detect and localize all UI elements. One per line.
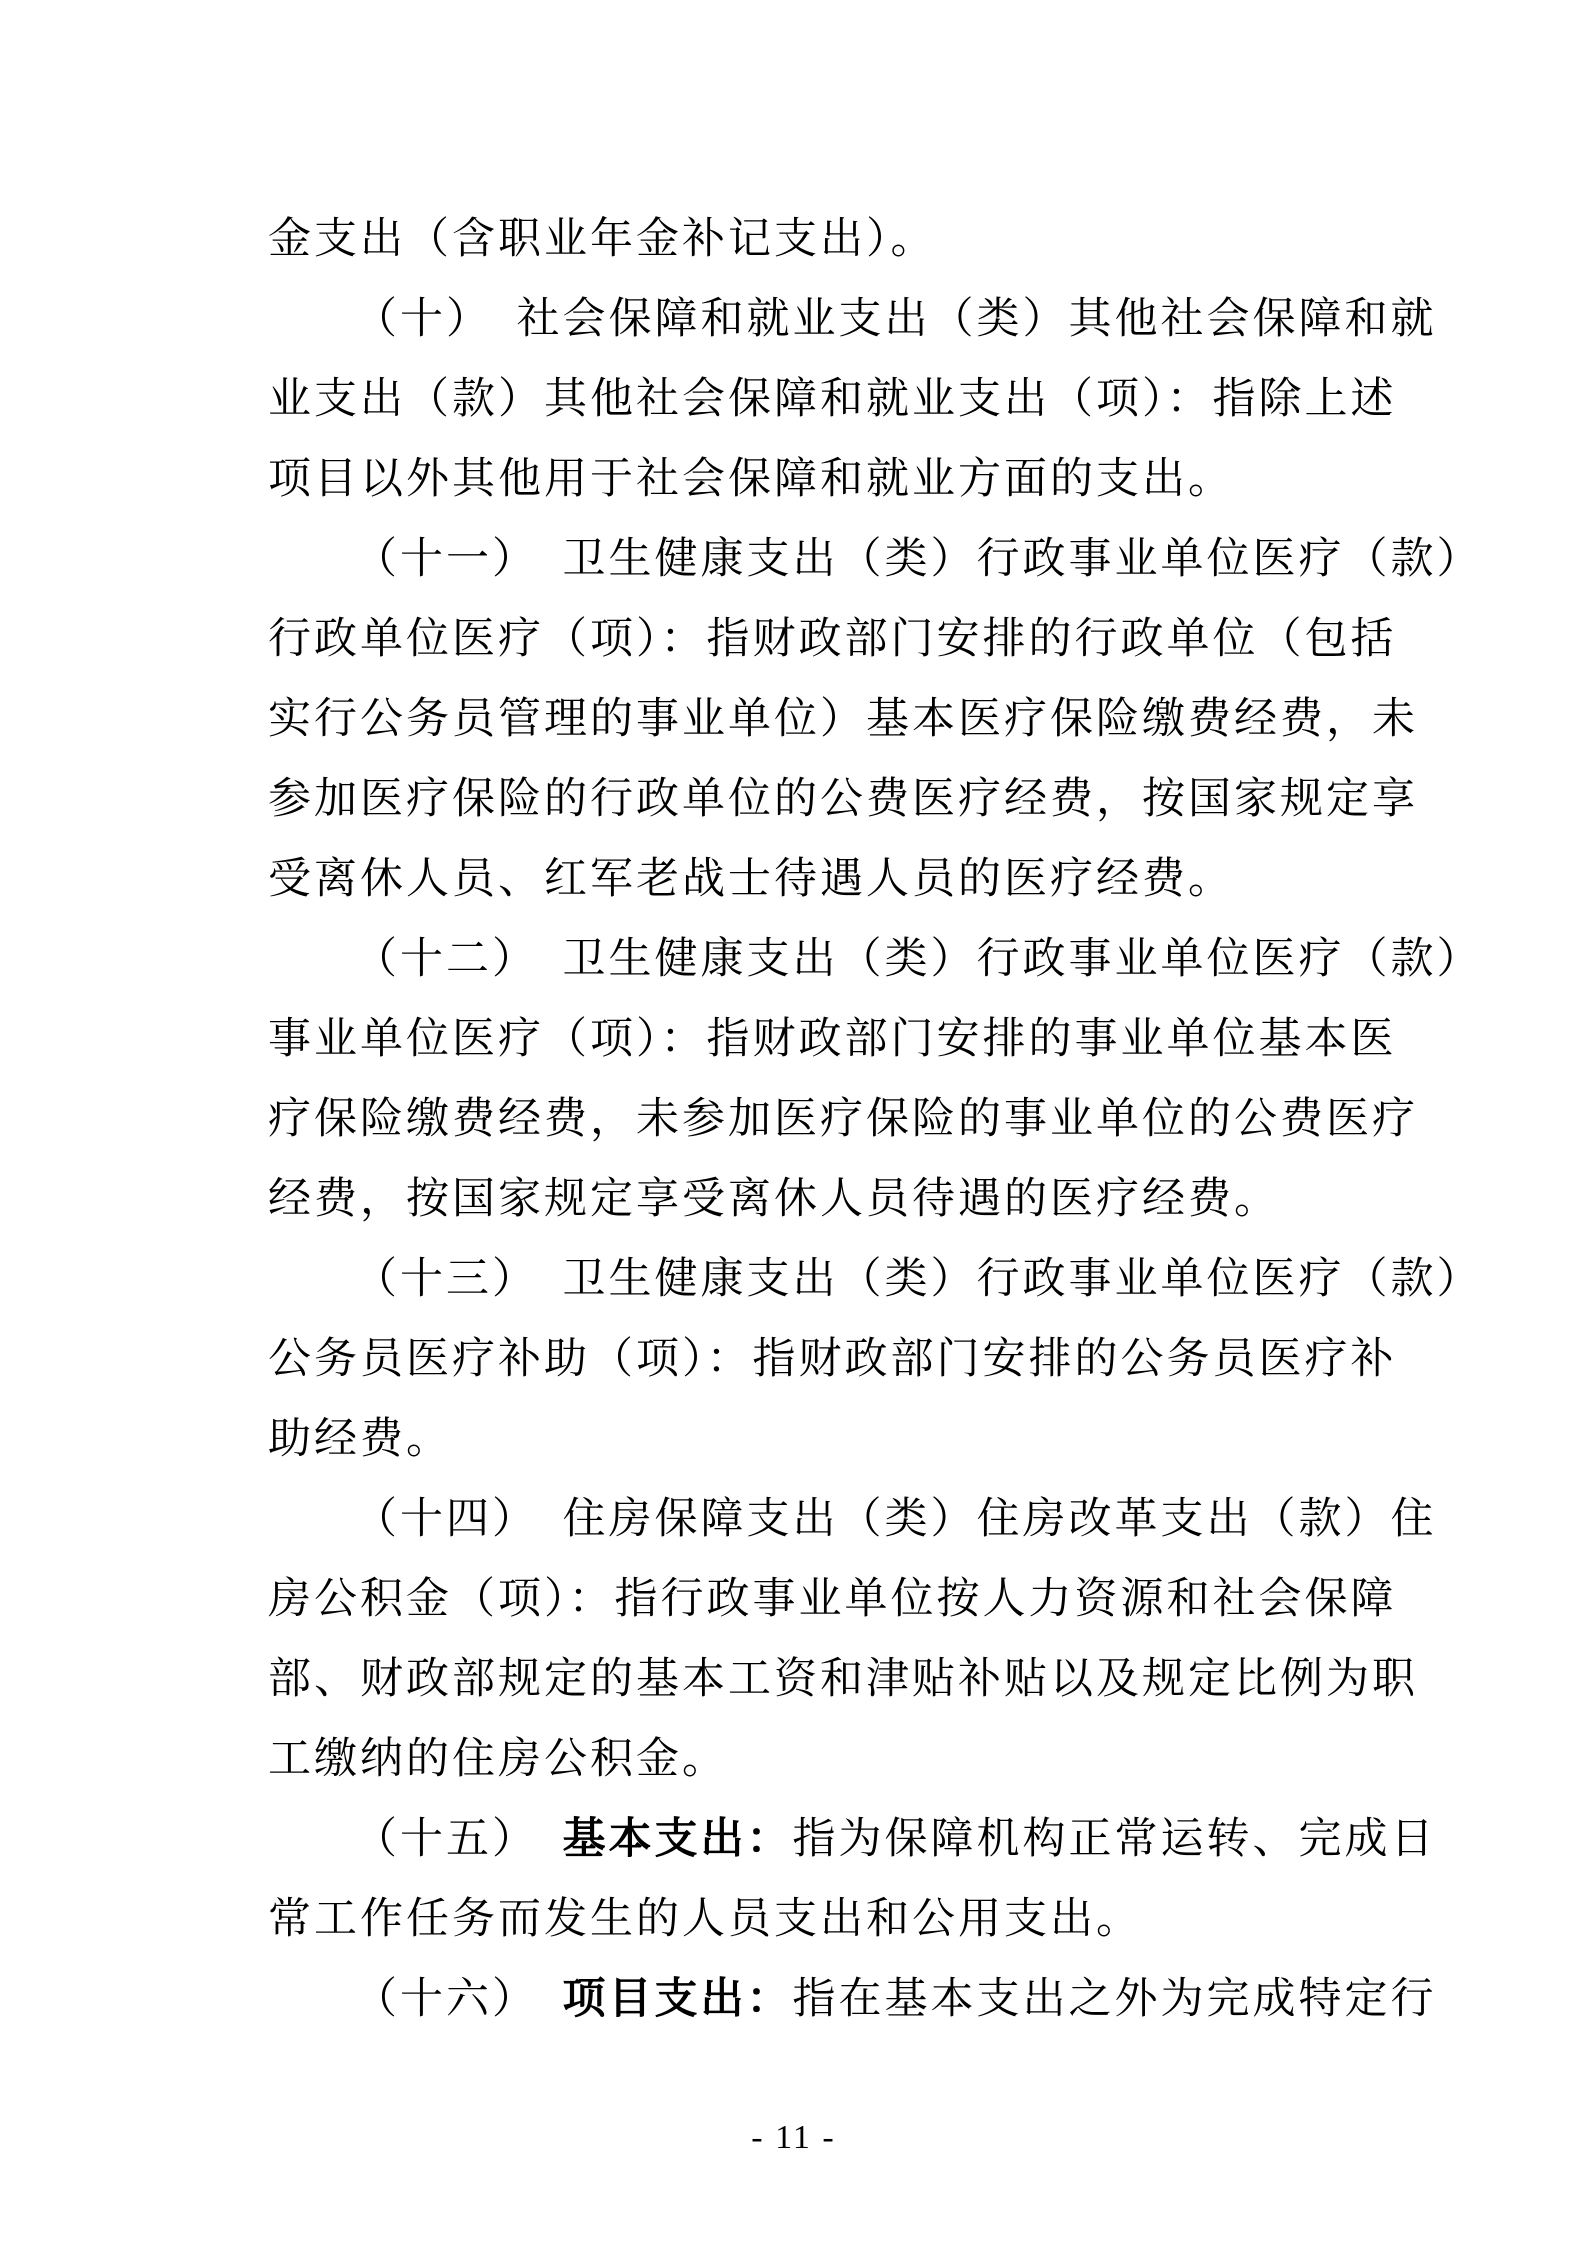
document-lines: 金支出（含职业年金补记支出）。（十） 社会保障和就业支出（类）其他社会保障和就业…: [268, 200, 1330, 2040]
text-segment: 房公积金（项）：指行政事业单位按人力资源和社会保障: [268, 1576, 1397, 1623]
text-segment: 常工作任务而发生的人员支出和公用支出。: [268, 1896, 1142, 1943]
text-segment: （十） 社会保障和就业支出（类）其他社会保障和就: [354, 296, 1437, 343]
text-line: 常工作任务而发生的人员支出和公用支出。: [268, 1880, 1330, 1960]
page-number: - 11 -: [0, 2116, 1587, 2160]
text-line: （十六） 项目支出：指在基本支出之外为完成特定行: [268, 1960, 1330, 2040]
text-line: （十一） 卫生健康支出（类）行政事业单位医疗（款）: [268, 520, 1330, 600]
text-segment: 业支出（款）其他社会保障和就业支出（项）：指除上述: [268, 376, 1397, 423]
text-line: 业支出（款）其他社会保障和就业支出（项）：指除上述: [268, 360, 1330, 440]
text-line: （十五） 基本支出：指为保障机构正常运转、完成日: [268, 1800, 1330, 1880]
text-segment: 项目以外其他用于社会保障和就业方面的支出。: [268, 456, 1234, 503]
text-segment: （十四） 住房保障支出（类）住房改革支出（款）住: [354, 1496, 1437, 1543]
text-segment: （十二） 卫生健康支出（类）行政事业单位医疗（款）: [354, 936, 1483, 983]
text-line: 房公积金（项）：指行政事业单位按人力资源和社会保障: [268, 1560, 1330, 1640]
text-segment: 受离休人员、红军老战士待遇人员的医疗经费。: [268, 856, 1234, 903]
text-line: 经费，按国家规定享受离休人员待遇的医疗经费。: [268, 1160, 1330, 1240]
text-line: 公务员医疗补助（项）：指财政部门安排的公务员医疗补: [268, 1320, 1330, 1400]
text-line: 参加医疗保险的行政单位的公费医疗经费，按国家规定享: [268, 760, 1330, 840]
text-segment: 助经费。: [268, 1416, 452, 1463]
text-line: （十） 社会保障和就业支出（类）其他社会保障和就: [268, 280, 1330, 360]
text-line: 金支出（含职业年金补记支出）。: [268, 200, 1330, 280]
text-segment: 金支出（含职业年金补记支出）。: [268, 216, 937, 263]
text-segment: （十六）: [354, 1976, 563, 2023]
text-line: 项目以外其他用于社会保障和就业方面的支出。: [268, 440, 1330, 520]
text-segment: 实行公务员管理的事业单位）基本医疗保险缴费经费，未: [268, 696, 1418, 743]
text-segment: 事业单位医疗（项）：指财政部门安排的事业单位基本医: [268, 1016, 1397, 1063]
text-segment: （十三） 卫生健康支出（类）行政事业单位医疗（款）: [354, 1256, 1483, 1303]
text-segment: 指在基本支出之外为完成特定行: [793, 1976, 1437, 2023]
text-line: 事业单位医疗（项）：指财政部门安排的事业单位基本医: [268, 1000, 1330, 1080]
text-line: （十三） 卫生健康支出（类）行政事业单位医疗（款）: [268, 1240, 1330, 1320]
text-segment: 基本支出：: [563, 1816, 793, 1863]
text-segment: 行政单位医疗（项）：指财政部门安排的行政单位（包括: [268, 616, 1397, 663]
text-segment: 公务员医疗补助（项）：指财政部门安排的公务员医疗补: [268, 1336, 1397, 1383]
text-segment: 经费，按国家规定享受离休人员待遇的医疗经费。: [268, 1176, 1280, 1223]
text-line: 助经费。: [268, 1400, 1330, 1480]
document-page: 金支出（含职业年金补记支出）。（十） 社会保障和就业支出（类）其他社会保障和就业…: [0, 0, 1587, 2245]
text-segment: （十五）: [354, 1816, 563, 1863]
text-segment: 指为保障机构正常运转、完成日: [793, 1816, 1437, 1863]
text-line: 部、财政部规定的基本工资和津贴补贴以及规定比例为职: [268, 1640, 1330, 1720]
text-line: 实行公务员管理的事业单位）基本医疗保险缴费经费，未: [268, 680, 1330, 760]
text-line: 疗保险缴费经费，未参加医疗保险的事业单位的公费医疗: [268, 1080, 1330, 1160]
text-line: （十四） 住房保障支出（类）住房改革支出（款）住: [268, 1480, 1330, 1560]
text-segment: （十一） 卫生健康支出（类）行政事业单位医疗（款）: [354, 536, 1483, 583]
text-line: 工缴纳的住房公积金。: [268, 1720, 1330, 1800]
text-segment: 项目支出：: [563, 1976, 793, 2023]
text-line: 行政单位医疗（项）：指财政部门安排的行政单位（包括: [268, 600, 1330, 680]
text-segment: 疗保险缴费经费，未参加医疗保险的事业单位的公费医疗: [268, 1096, 1418, 1143]
text-line: （十二） 卫生健康支出（类）行政事业单位医疗（款）: [268, 920, 1330, 1000]
text-segment: 参加医疗保险的行政单位的公费医疗经费，按国家规定享: [268, 776, 1418, 823]
text-segment: 工缴纳的住房公积金。: [268, 1736, 728, 1783]
text-segment: 部、财政部规定的基本工资和津贴补贴以及规定比例为职: [268, 1656, 1418, 1703]
text-line: 受离休人员、红军老战士待遇人员的医疗经费。: [268, 840, 1330, 920]
